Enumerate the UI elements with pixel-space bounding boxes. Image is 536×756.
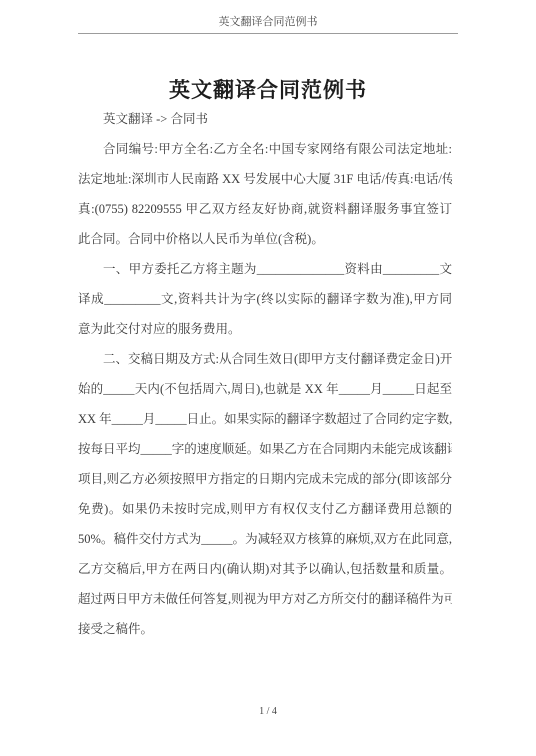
- contract-line: 合同编号:甲方全名:乙方全名:中国专家网络有限公司法定地址:: [78, 134, 452, 164]
- contract-line: 意为此交付对应的服务费用。: [78, 314, 452, 344]
- contract-line: 乙方交稿后,甲方在两日内(确认期)对其予以确认,包括数量和质量。: [78, 554, 452, 584]
- header-rule: [78, 33, 458, 34]
- contract-line: XX 年_____月_____日止。如果实际的翻译字数超过了合同约定字数,则: [78, 404, 452, 434]
- page-number: 1 / 4: [0, 706, 536, 717]
- contract-line: 接受之稿件。: [78, 614, 452, 644]
- contract-line: 按每日平均_____字的速度顺延。如果乙方在合同期内未能完成该翻译: [78, 434, 452, 464]
- contract-line: 真:(0755) 82209555 甲乙双方经友好协商,就资料翻译服务事宜签订: [78, 194, 452, 224]
- page-header-title: 英文翻译合同范例书: [78, 14, 458, 30]
- document-body: 英文翻译 -> 合同书 合同编号:甲方全名:乙方全名:中国专家网络有限公司法定地…: [78, 104, 452, 644]
- contract-line: 免费)。如果仍未按时完成,则甲方有权仅支付乙方翻译费用总额的: [78, 494, 452, 524]
- contract-line: 超过两日甲方未做任何答复,则视为甲方对乙方所交付的翻译稿件为可: [78, 584, 452, 614]
- contract-line: 英文翻译 -> 合同书: [78, 104, 452, 134]
- contract-line: 50%。稿件交付方式为_____。为减轻双方核算的麻烦,双方在此同意,: [78, 524, 452, 554]
- contract-line: 始的_____天内(不包括周六,周日),也就是 XX 年_____月_____日…: [78, 374, 452, 404]
- contract-line: 一、甲方委托乙方将主题为______________资料由_________文: [78, 254, 452, 284]
- contract-line: 译成_________文,资料共计为字(终以实际的翻译字数为准),甲方同: [78, 284, 452, 314]
- contract-line: 项目,则乙方必须按照甲方指定的日期内完成未完成的部分(即该部分: [78, 464, 452, 494]
- document-page: 英文翻译合同范例书 英文翻译合同范例书 英文翻译 -> 合同书 合同编号:甲方全…: [0, 0, 536, 756]
- contract-line: 法定地址:深圳市人民南路 XX 号发展中心大厦 31F 电话/传真:电话/传: [78, 164, 452, 194]
- contract-line: 二、交稿日期及方式:从合同生效日(即甲方支付翻译费定金日)开: [78, 344, 452, 374]
- document-title: 英文翻译合同范例书: [0, 77, 536, 105]
- contract-line: 此合同。合同中价格以人民币为单位(含税)。: [78, 224, 452, 254]
